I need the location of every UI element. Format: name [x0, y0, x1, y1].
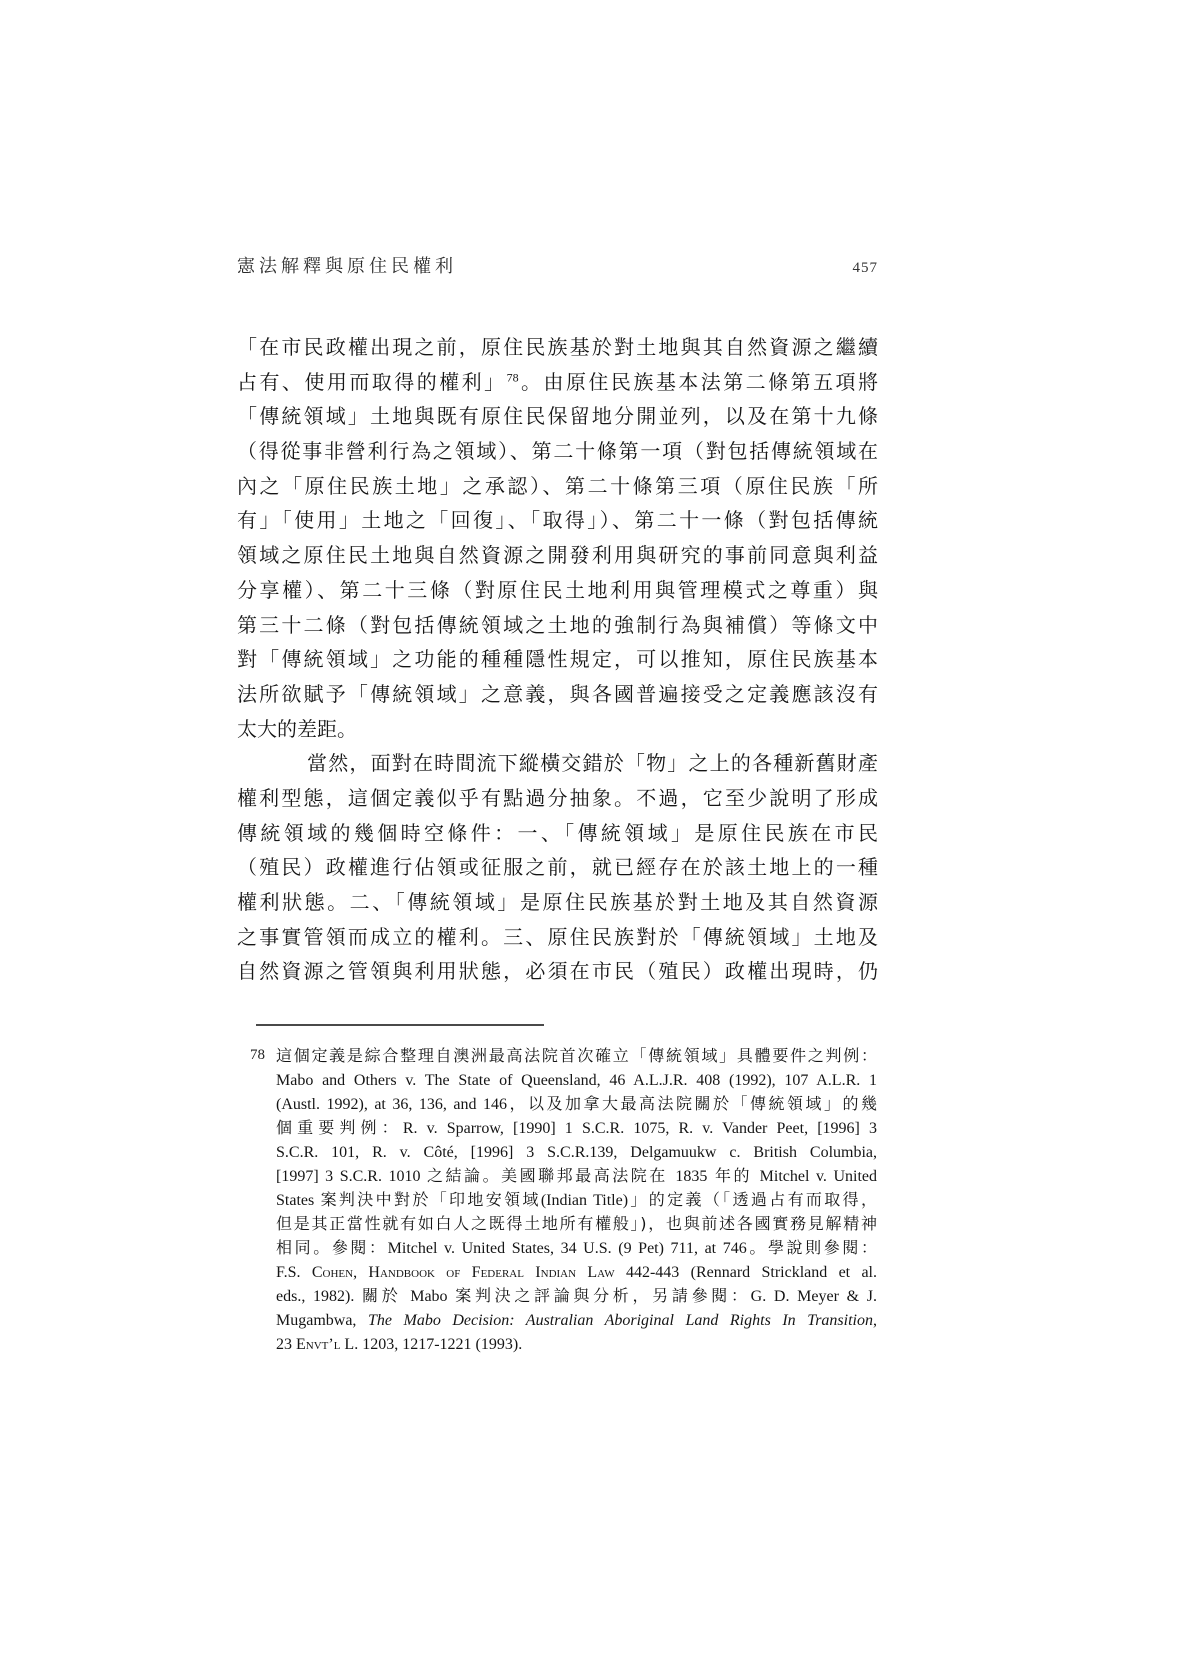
text-line: eds., 1982). 關於 Mabo 案判決之評論與分析，另請參閱：G. D… [276, 1284, 877, 1308]
text-segment: （殖民）政權進行佔領或征服之前，就已經存在於該土地上的一種 [237, 855, 878, 879]
text-segment: 關於 [362, 1286, 410, 1305]
text-segment: 23 [276, 1336, 296, 1353]
text-line: (Austl. 1992), at 36, 136, and 146，以及加拿大… [276, 1092, 877, 1116]
text-segment: [1997] 3 S.C.R. 1010 [276, 1168, 427, 1185]
text-segment: eds., 1982). [276, 1288, 362, 1305]
text-segment: States [276, 1192, 321, 1209]
text-segment: 「傳統領域」土地與既有原住民保留地分開並列，以及在第十九條 [237, 404, 878, 428]
text-line: 權利型態，這個定義似乎有點過分抽象。不過，它至少說明了形成 [237, 781, 878, 816]
text-segment: Mabo and Others v. The State of Queensla… [276, 1072, 877, 1089]
text-segment: Mugambwa, [276, 1312, 368, 1329]
text-line: （得從事非營利行為之領域）、第二十條第一項（對包括傳統領域在 [237, 434, 878, 469]
running-header-title: 憲法解釋與原住民權利 [237, 252, 457, 278]
text-segment: 1203, 1217-1221 (1993). [358, 1336, 522, 1353]
text-line: 「傳統領域」土地與既有原住民保留地分開並列，以及在第十九條 [237, 399, 878, 434]
footnote-separator [256, 1024, 544, 1026]
text-line: 太大的差距。 [237, 712, 878, 747]
text-line: 這個定義是綜合整理自澳洲最高法院首次確立「傳統領域」具體要件之判例： [276, 1044, 877, 1068]
text-segment: , [873, 1312, 877, 1329]
footnote-text: 這個定義是綜合整理自澳洲最高法院首次確立「傳統領域」具體要件之判例：Mabo a… [276, 1044, 877, 1356]
text-line: States 案判決中對於「印地安領域(Indian Title)」的定義（「透… [276, 1188, 877, 1212]
text-segment: 案判決中對於「印地安領域 [321, 1190, 541, 1209]
text-segment: 1835 [675, 1168, 707, 1185]
text-line: 分享權）、第二十三條（對原住民土地利用與管理模式之尊重）與 [237, 573, 878, 608]
text-segment: 第三十二條（對包括傳統領域之土地的強制行為與補償）等條文中 [237, 613, 878, 637]
text-line: 對「傳統領域」之功能的種種隱性規定，可以推知，原住民族基本 [237, 642, 878, 677]
text-line: [1997] 3 S.C.R. 1010 之結論。美國聯邦最高法院在 1835 … [276, 1164, 877, 1188]
text-line: S.C.R. 101, R. v. Côté, [1996] 3 S.C.R.1… [276, 1140, 877, 1164]
text-segment: The Mabo Decision: Australian Aboriginal… [368, 1312, 873, 1329]
text-line: 第三十二條（對包括傳統領域之土地的強制行為與補償）等條文中 [237, 608, 878, 643]
text-line: 權利狀態。二、「傳統領域」是原住民族基於對土地及其自然資源 [237, 885, 878, 920]
text-segment: 領域之原住民土地與自然資源之開發利用與研究的事前同意與利益 [237, 543, 878, 567]
text-line: 占有、使用而取得的權利」78。由原住民族基本法第二條第五項將 [237, 365, 878, 400]
document-page: 憲法解釋與原住民權利 457 「在市民政權出現之前，原住民族基於對土地與其自然資… [0, 0, 1177, 1664]
text-segment: (Indian Title) [541, 1192, 628, 1209]
text-segment: Envt’l L. [296, 1336, 358, 1353]
text-segment: 年的 [707, 1166, 759, 1185]
paragraph: 當然，面對在時間流下縱橫交錯於「物」之上的各種新舊財產權利型態，這個定義似乎有點… [237, 746, 878, 989]
text-segment: 權利型態，這個定義似乎有點過分抽象。不過，它至少說明了形成 [237, 786, 878, 810]
text-segment: 「在市民政權出現之前，原住民族基於對土地與其自然資源之繼續 [237, 335, 878, 359]
text-segment: Mitchel v. United [760, 1168, 877, 1185]
text-segment: 傳統領域的幾個時空條件：一、「傳統領域」是原住民族在市民 [237, 821, 878, 845]
text-segment: 之事實管領而成立的權利。三、原住民族對於「傳統領域」土地及 [237, 925, 878, 949]
text-line: F.S. Cohen, Handbook of Federal Indian L… [276, 1260, 877, 1284]
text-segment: 對「傳統領域」之功能的種種隱性規定，可以推知，原住民族基本 [237, 647, 878, 671]
text-segment: 內之「原住民族土地」之承認）、第二十條第三項（原住民族「所 [237, 474, 878, 498]
text-segment: 有」「使用」土地之「回復」、「取得」）、第二十一條（對包括傳統 [237, 508, 878, 532]
text-segment: 太大的差距。 [237, 717, 357, 741]
text-segment: 自然資源之管領與利用狀態，必須在市民（殖民）政權出現時，仍 [237, 959, 878, 983]
text-line: 個重要判例：R. v. Sparrow, [1990] 1 S.C.R. 107… [276, 1116, 877, 1140]
text-segment: S.C.R. 101, R. v. Côté, [1996] 3 S.C.R.1… [276, 1144, 877, 1161]
text-segment: 相同。參閱： [276, 1238, 388, 1257]
text-segment: 案判決之評論與分析，另請參閱： [455, 1286, 750, 1305]
text-line: 有」「使用」土地之「回復」、「取得」）、第二十一條（對包括傳統 [237, 503, 878, 538]
text-segment: 這個定義是綜合整理自澳洲最高法院首次確立「傳統領域」具體要件之判例： [276, 1046, 877, 1065]
text-line: 內之「原住民族土地」之承認）、第二十條第三項（原住民族「所 [237, 469, 878, 504]
text-line: Mabo and Others v. The State of Queensla… [276, 1068, 877, 1092]
text-segment: （得從事非營利行為之領域）、第二十條第一項（對包括傳統領域在 [237, 439, 878, 463]
text-line: 自然資源之管領與利用狀態，必須在市民（殖民）政權出現時，仍 [237, 954, 878, 989]
text-segment: Mabo [410, 1288, 455, 1305]
text-segment: 442-443 (Rennard Strickland et al. [615, 1264, 877, 1281]
body-text: 「在市民政權出現之前，原住民族基於對土地與其自然資源之繼續占有、使用而取得的權利… [237, 330, 878, 989]
footnote-reference-superscript: 78 [507, 370, 519, 384]
text-line: 法所欲賦予「傳統領域」之意義，與各國普遍接受之定義應該沒有 [237, 677, 878, 712]
page-header: 憲法解釋與原住民權利 457 [237, 252, 878, 278]
text-segment: 權利狀態。二、「傳統領域」是原住民族基於對土地及其自然資源 [237, 890, 878, 914]
text-segment: 分享權）、第二十三條（對原住民土地利用與管理模式之尊重）與 [237, 578, 878, 602]
text-segment: (Austl. 1992), at 36, 136, and 146 [276, 1096, 507, 1113]
text-line: 「在市民政權出現之前，原住民族基於對土地與其自然資源之繼續 [237, 330, 878, 365]
text-segment: F.S. Cohen, Handbook of Federal Indian L… [276, 1264, 615, 1281]
text-segment: R. v. Sparrow, [1990] 1 S.C.R. 1075, R. … [403, 1120, 877, 1137]
text-line: 之事實管領而成立的權利。三、原住民族對於「傳統領域」土地及 [237, 920, 878, 955]
text-segment: 法所欲賦予「傳統領域」之意義，與各國普遍接受之定義應該沒有 [237, 682, 878, 706]
text-segment: Mitchel v. United States, 34 U.S. (9 Pet… [388, 1240, 747, 1257]
text-segment: G. D. Meyer & J. [751, 1288, 877, 1305]
paragraph: 「在市民政權出現之前，原住民族基於對土地與其自然資源之繼續占有、使用而取得的權利… [237, 330, 878, 746]
text-segment: ，以及加拿大最高法院關於「傳統領域」的幾 [507, 1094, 877, 1113]
text-line: Mugambwa, The Mabo Decision: Australian … [276, 1308, 877, 1332]
text-segment: 但是其正當性就有如白人之既得土地所有權般」)，也與前述各國實務見解精神 [276, 1214, 877, 1233]
text-line: 但是其正當性就有如白人之既得土地所有權般」)，也與前述各國實務見解精神 [276, 1212, 877, 1236]
text-line: 23 Envt’l L. 1203, 1217-1221 (1993). [276, 1332, 877, 1356]
page-number: 457 [853, 260, 879, 277]
text-segment: 占有、使用而取得的權利」 [237, 370, 507, 394]
text-segment: 個重要判例： [276, 1118, 403, 1137]
text-line: （殖民）政權進行佔領或征服之前，就已經存在於該土地上的一種 [237, 850, 878, 885]
footnote-number: 78 [250, 1047, 265, 1064]
text-line: 當然，面對在時間流下縱橫交錯於「物」之上的各種新舊財產 [237, 746, 878, 781]
text-segment: 之結論。美國聯邦最高法院在 [427, 1166, 675, 1185]
text-segment: 當然，面對在時間流下縱橫交錯於「物」之上的各種新舊財產 [307, 751, 878, 775]
text-line: 傳統領域的幾個時空條件：一、「傳統領域」是原住民族在市民 [237, 816, 878, 851]
text-line: 相同。參閱：Mitchel v. United States, 34 U.S. … [276, 1236, 877, 1260]
text-segment: 。由原住民族基本法第二條第五項將 [519, 370, 878, 394]
text-segment: 」的定義（「透過占有而取得， [628, 1190, 877, 1209]
text-segment: 。學說則參閱： [747, 1238, 877, 1257]
text-line: 領域之原住民土地與自然資源之開發利用與研究的事前同意與利益 [237, 538, 878, 573]
